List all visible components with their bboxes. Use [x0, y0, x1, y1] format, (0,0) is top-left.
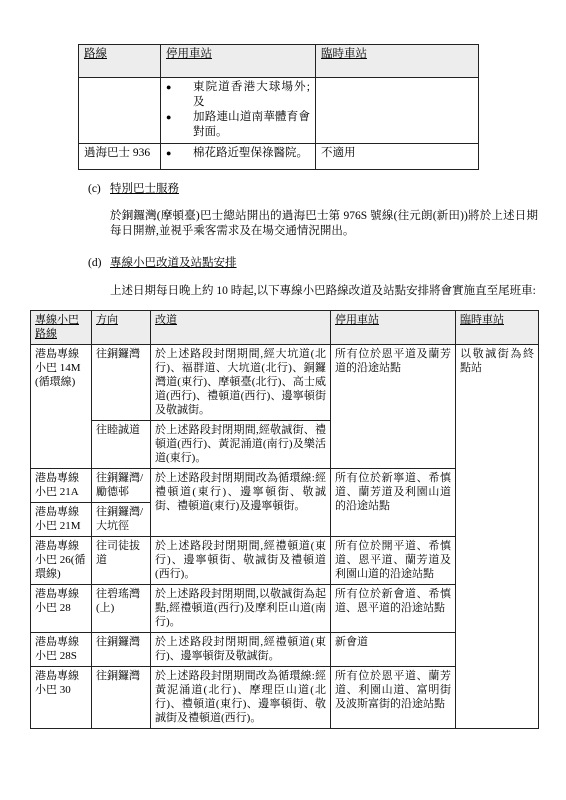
closed-stops-cell: 所有位於恩平道及蘭芳道的沿途站點 — [331, 345, 456, 469]
bullet-icon: ● — [166, 110, 193, 140]
diversion-cell: 於上述路段封閉期間,經禮頓道(東行)、邊寧頓街、敬誠街及禮頓道(西行)。 — [151, 537, 331, 585]
bus-stops-table: 路線 停用車站 臨時車站 ● 東院道香港大球場外;及 ● 加路連山道南華體育會對… — [78, 44, 479, 170]
direction-cell: 往睦誠道 — [92, 421, 151, 469]
temp-stops-cell — [316, 78, 479, 144]
closed-stops-header-label: 停用車站 — [335, 314, 379, 326]
section-c-heading: (c) 特別巴士服務 — [88, 182, 538, 197]
bullet-icon: ● — [166, 80, 193, 110]
diversion-header-label: 改道 — [155, 314, 177, 326]
minibus-route-header-label: 專線小巴路線 — [35, 314, 79, 340]
closed-stops-cell: 所有位於新寧道、希慎道、蘭芳道及利園山道的沿途站點 — [331, 469, 456, 537]
direction-cell: 往銅鑼灣/勵德邨 — [92, 469, 151, 503]
list-item: ● 加路連山道南華體育會對面。 — [166, 110, 310, 140]
list-item: ● 東院道香港大球場外;及 — [166, 80, 310, 110]
route-header-label: 路線 — [84, 48, 107, 60]
document-page: { "top_table": { "bullet_char": "●", "he… — [0, 0, 566, 800]
stop-text: 加路連山道南華體育會對面。 — [193, 110, 310, 140]
temp-stops-header-cell: 臨時車站 — [316, 45, 479, 78]
list-item: ● 棉花路近聖保祿醫院。 — [166, 146, 310, 161]
table-row-14m-a: 港島專線小巴 14M(循環線) 往銅鑼灣 於上述路段封閉期間,經大坑道(北行)、… — [31, 345, 539, 421]
closed-stops-cell: 新會道 — [331, 633, 456, 667]
route-cell: 港島專線小巴 14M(循環線) — [31, 345, 92, 469]
table-header-row: 專線小巴路線 方向 改道 停用車站 臨時車站 — [31, 311, 539, 345]
diversion-cell: 於上述路段封閉期間改為循環線:經禮頓道(東行)、邊寧頓街、敬誠街、禮頓道(東行)… — [151, 469, 331, 537]
closed-stops-cell: 所有位於新會道、希慎道、恩平道的沿途站點 — [331, 585, 456, 633]
direction-cell: 往碧瑤灣(上) — [92, 585, 151, 633]
route-cell: 港島專線小巴 28S — [31, 633, 92, 667]
bullet-icon: ● — [166, 146, 193, 161]
diversion-cell: 於上述路段封閉期間改為循環線:經黃泥涌道(北行)、摩理臣山道(北行)、禮頓道(東… — [151, 667, 331, 729]
closed-stops-header-cell: 停用車站 — [331, 311, 456, 345]
stop-text: 棉花路近聖保祿醫院。 — [193, 146, 310, 161]
section-d-body: 上述日期每日晚上約 10 時起,以下專線小巴路線改道及站點安排將會實施直至尾班車… — [110, 284, 538, 299]
route-cell — [79, 78, 161, 144]
closed-stops-header-cell: 停用車站 — [161, 45, 316, 78]
closed-stops-cell: 所有位於開平道、希慎道、恩平道、蘭芳道及利園山道的沿途站點 — [331, 537, 456, 585]
route-cell: 港島專線小巴 26(循環線) — [31, 537, 92, 585]
direction-cell: 往銅鑼灣 — [92, 667, 151, 729]
minibus-route-header-cell: 專線小巴路線 — [31, 311, 92, 345]
route-cell: 港島專線小巴 21M — [31, 503, 92, 537]
closed-stops-header-label: 停用車站 — [166, 48, 212, 60]
section-d-heading: (d) 專線小巴改道及站點安排 — [88, 256, 538, 271]
diversion-cell: 於上述路段封閉期間,經敬誠街、禮頓道(西行)、黃泥涌道(南行)及樂活道(東行)。 — [151, 421, 331, 469]
route-header-cell: 路線 — [79, 45, 161, 78]
diversion-header-cell: 改道 — [151, 311, 331, 345]
section-c-body: 於銅鑼灣(摩頓臺)巴士總站開出的過海巴士第 976S 號線(往元朗(新田))將於… — [110, 209, 538, 239]
diversion-cell: 於上述路段封閉期間,以敬誠街為起點,經禮頓道(西行)及摩利臣山道(南行)。 — [151, 585, 331, 633]
temp-stops-cell: 不適用 — [316, 144, 479, 170]
temp-stops-header-label: 臨時車站 — [460, 314, 504, 326]
direction-header-label: 方向 — [96, 314, 118, 326]
route-cell: 港島專線小巴 21A — [31, 469, 92, 503]
table-header-row: 路線 停用車站 臨時車站 — [79, 45, 479, 78]
temp-stops-cell: 以敬誠街為終點站 — [456, 345, 539, 729]
diversion-cell: 於上述路段封閉期間,經禮頓道(東行)、邊寧頓街及敬誠街。 — [151, 633, 331, 667]
closed-stops-cell: 所有位於恩平道、蘭芳道、利園山道、富明街及波斯富街的沿途站點 — [331, 667, 456, 729]
closed-stops-cell: ● 棉花路近聖保祿醫院。 — [161, 144, 316, 170]
route-cell: 港島專線小巴 28 — [31, 585, 92, 633]
temp-stops-header-cell: 臨時車站 — [456, 311, 539, 345]
direction-header-cell: 方向 — [92, 311, 151, 345]
section-c-title: 特別巴士服務 — [110, 182, 179, 197]
table-row: 過海巴士 936 ● 棉花路近聖保祿醫院。 不適用 — [79, 144, 479, 170]
diversion-cell: 於上述路段封閉期間,經大坑道(北行)、福群道、大坑道(北行)、銅鑼灣道(東行)、… — [151, 345, 331, 421]
section-d-label: (d) — [88, 256, 110, 271]
minibus-table: 專線小巴路線 方向 改道 停用車站 臨時車站 港島專線小巴 14M(循環線) 往… — [30, 310, 539, 729]
table-row: ● 東院道香港大球場外;及 ● 加路連山道南華體育會對面。 — [79, 78, 479, 144]
route-cell: 過海巴士 936 — [79, 144, 161, 170]
stop-text: 東院道香港大球場外;及 — [193, 80, 310, 110]
route-cell: 港島專線小巴 30 — [31, 667, 92, 729]
temp-stops-header-label: 臨時車站 — [321, 48, 367, 60]
direction-cell: 往司徒拔道 — [92, 537, 151, 585]
direction-cell: 往銅鑼灣/大坑徑 — [92, 503, 151, 537]
direction-cell: 往銅鑼灣 — [92, 345, 151, 421]
section-c-label: (c) — [88, 182, 110, 197]
closed-stops-cell: ● 東院道香港大球場外;及 ● 加路連山道南華體育會對面。 — [161, 78, 316, 144]
section-d-title: 專線小巴改道及站點安排 — [110, 256, 237, 271]
direction-cell: 往銅鑼灣 — [92, 633, 151, 667]
